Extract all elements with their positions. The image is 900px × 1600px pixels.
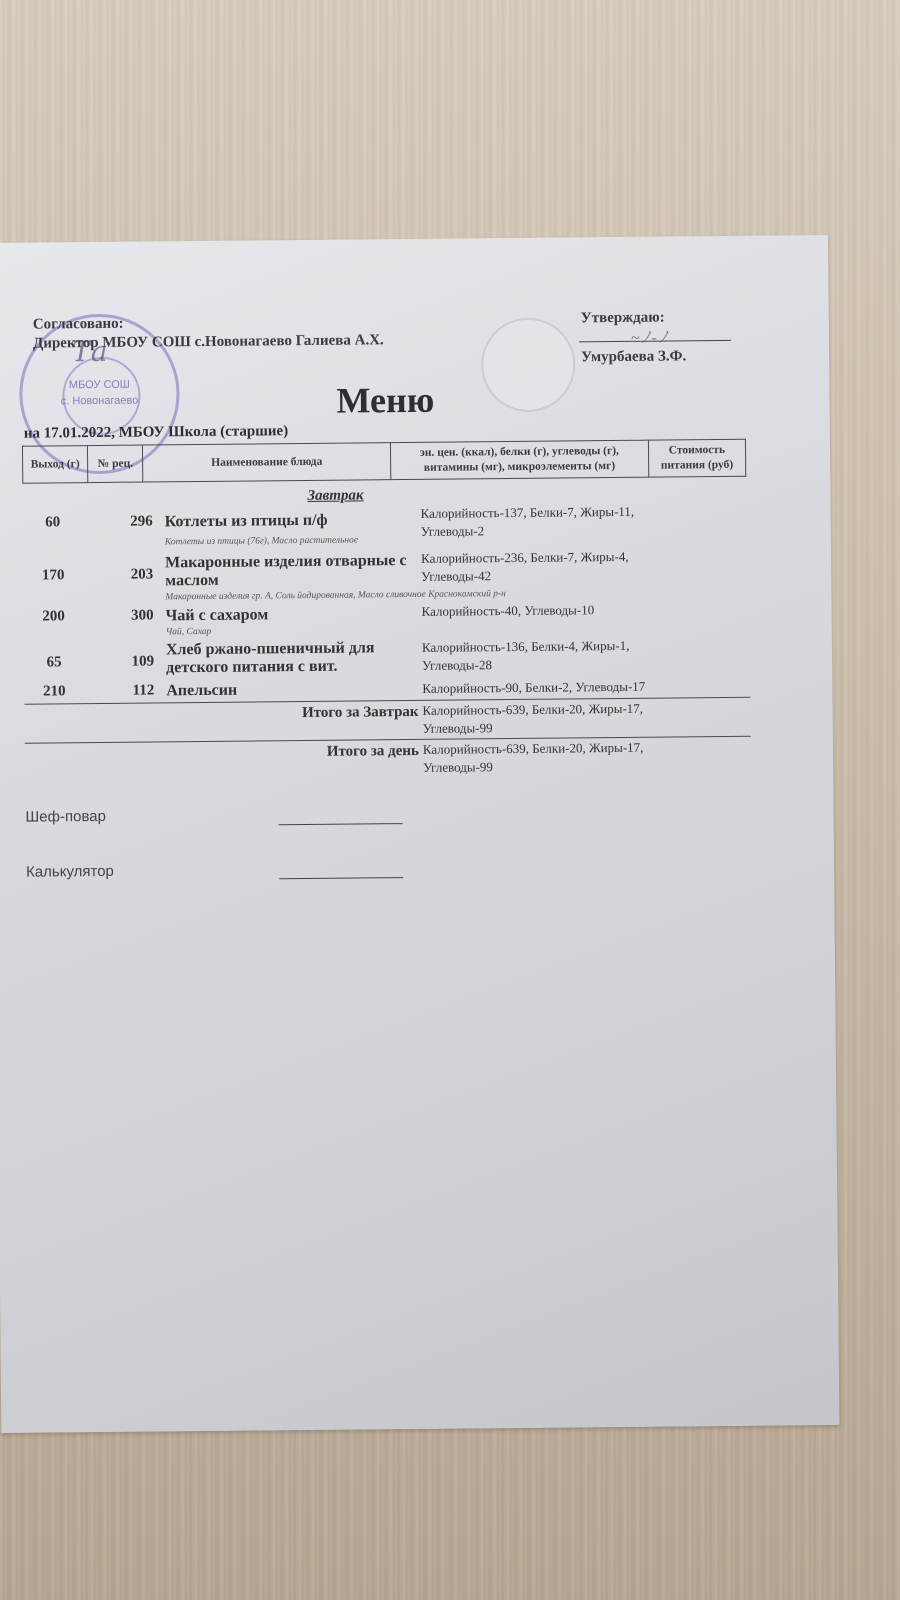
dish-nutrition: Калорийность-90, Белки-2, Углеводы-17 bbox=[422, 677, 682, 697]
dish-ingredients: Макаронные изделия гр. А, Соль йодирован… bbox=[165, 589, 506, 602]
output-grams: 60 bbox=[23, 514, 83, 532]
dish-ingredients: Котлеты из птицы (76г), Масло растительн… bbox=[165, 535, 358, 547]
chef-label: Шеф-повар bbox=[25, 808, 106, 826]
approved-by-block: Согласовано: Директор МБОУ СОШ с.Новонаг… bbox=[33, 312, 384, 353]
recipe-number: 109 bbox=[104, 653, 154, 670]
dish-nutrition: Калорийность-236, Белки-7, Жиры-4, Углев… bbox=[421, 547, 681, 585]
table-row: 210 112 Апельсин Калорийность-90, Белки-… bbox=[24, 677, 748, 684]
header-nutrition: эн. цен. (ккал), белки (г), углеводы (г)… bbox=[390, 440, 648, 479]
table-row: 65 109 Хлеб ржано-пшеничный для детского… bbox=[24, 634, 748, 641]
header-dish-name: Наименование блюда bbox=[143, 443, 391, 482]
meal-section-title: Завтрак bbox=[307, 487, 363, 505]
approved-director-line: Директор МБОУ СОШ с.Новонагаево Галиева … bbox=[33, 331, 384, 353]
output-grams: 65 bbox=[24, 654, 84, 672]
total-label: Итого за Завтрак bbox=[302, 704, 419, 722]
dish-name: Чай с сахаром bbox=[166, 605, 421, 625]
recipe-number: 112 bbox=[104, 682, 154, 699]
dish-name: Котлеты из птицы п/ф bbox=[165, 511, 420, 531]
menu-document-sheet: Та МБОУ СОШ с. Новонагаево Согласовано: … bbox=[0, 235, 839, 1433]
stamp-text-line2: с. Новонагаево bbox=[22, 394, 176, 407]
table-row: 60 296 Котлеты из птицы п/ф Котлеты из п… bbox=[23, 502, 747, 509]
output-grams: 210 bbox=[24, 683, 84, 701]
table-row: 200 300 Чай с сахаром Чай, Сахар Калорий… bbox=[23, 600, 747, 607]
calculator-signature-line bbox=[279, 877, 403, 879]
dish-ingredients: Чай, Сахар bbox=[166, 627, 212, 637]
recipe-number: 203 bbox=[103, 566, 153, 583]
dish-name: Хлеб ржано-пшеничный для детского питани… bbox=[166, 639, 421, 677]
dish-nutrition: Калорийность-137, Белки-7, Жиры-11, Угле… bbox=[421, 502, 681, 540]
chef-signature-line bbox=[279, 823, 403, 825]
dish-name: Макаронные изделия отварные с маслом bbox=[165, 552, 420, 590]
header-cost: Стоимость питания (руб) bbox=[648, 439, 746, 477]
output-grams: 170 bbox=[23, 567, 83, 585]
dish-nutrition: Калорийность-136, Белки-4, Жиры-1, Углев… bbox=[422, 636, 682, 674]
dish-name: Апельсин bbox=[166, 680, 421, 700]
dish-nutrition: Калорийность-40, Углеводы-10 bbox=[421, 600, 681, 620]
recipe-number: 300 bbox=[104, 607, 154, 624]
calculator-label: Калькулятор bbox=[26, 863, 114, 881]
confirm-signature: ~ﾉ-ﾉ bbox=[631, 324, 669, 347]
document-title: Меню bbox=[336, 379, 434, 422]
total-label: Итого за день bbox=[327, 743, 419, 761]
header-recipe-no: № рец. bbox=[88, 445, 143, 483]
document-subtitle: на 17.01.2022, МБОУ Школа (старшие) bbox=[24, 423, 288, 443]
table-row: 170 203 Макаронные изделия отварные с ма… bbox=[23, 547, 747, 554]
output-grams: 200 bbox=[24, 608, 84, 626]
recipe-number: 296 bbox=[103, 513, 153, 530]
confirm-name: Умурбаева З.Ф. bbox=[581, 348, 686, 366]
faint-stamp bbox=[481, 317, 576, 412]
stamp-text-line1: МБОУ СОШ bbox=[22, 378, 176, 391]
menu-table-header: Выход (г) № рец. Наименование блюда эн. … bbox=[22, 439, 746, 484]
total-nutrition: Калорийность-639, Белки-20, Жиры-17, Угл… bbox=[423, 738, 683, 776]
header-output: Выход (г) bbox=[22, 446, 88, 484]
total-nutrition: Калорийность-639, Белки-20, Жиры-17, Угл… bbox=[422, 699, 682, 737]
